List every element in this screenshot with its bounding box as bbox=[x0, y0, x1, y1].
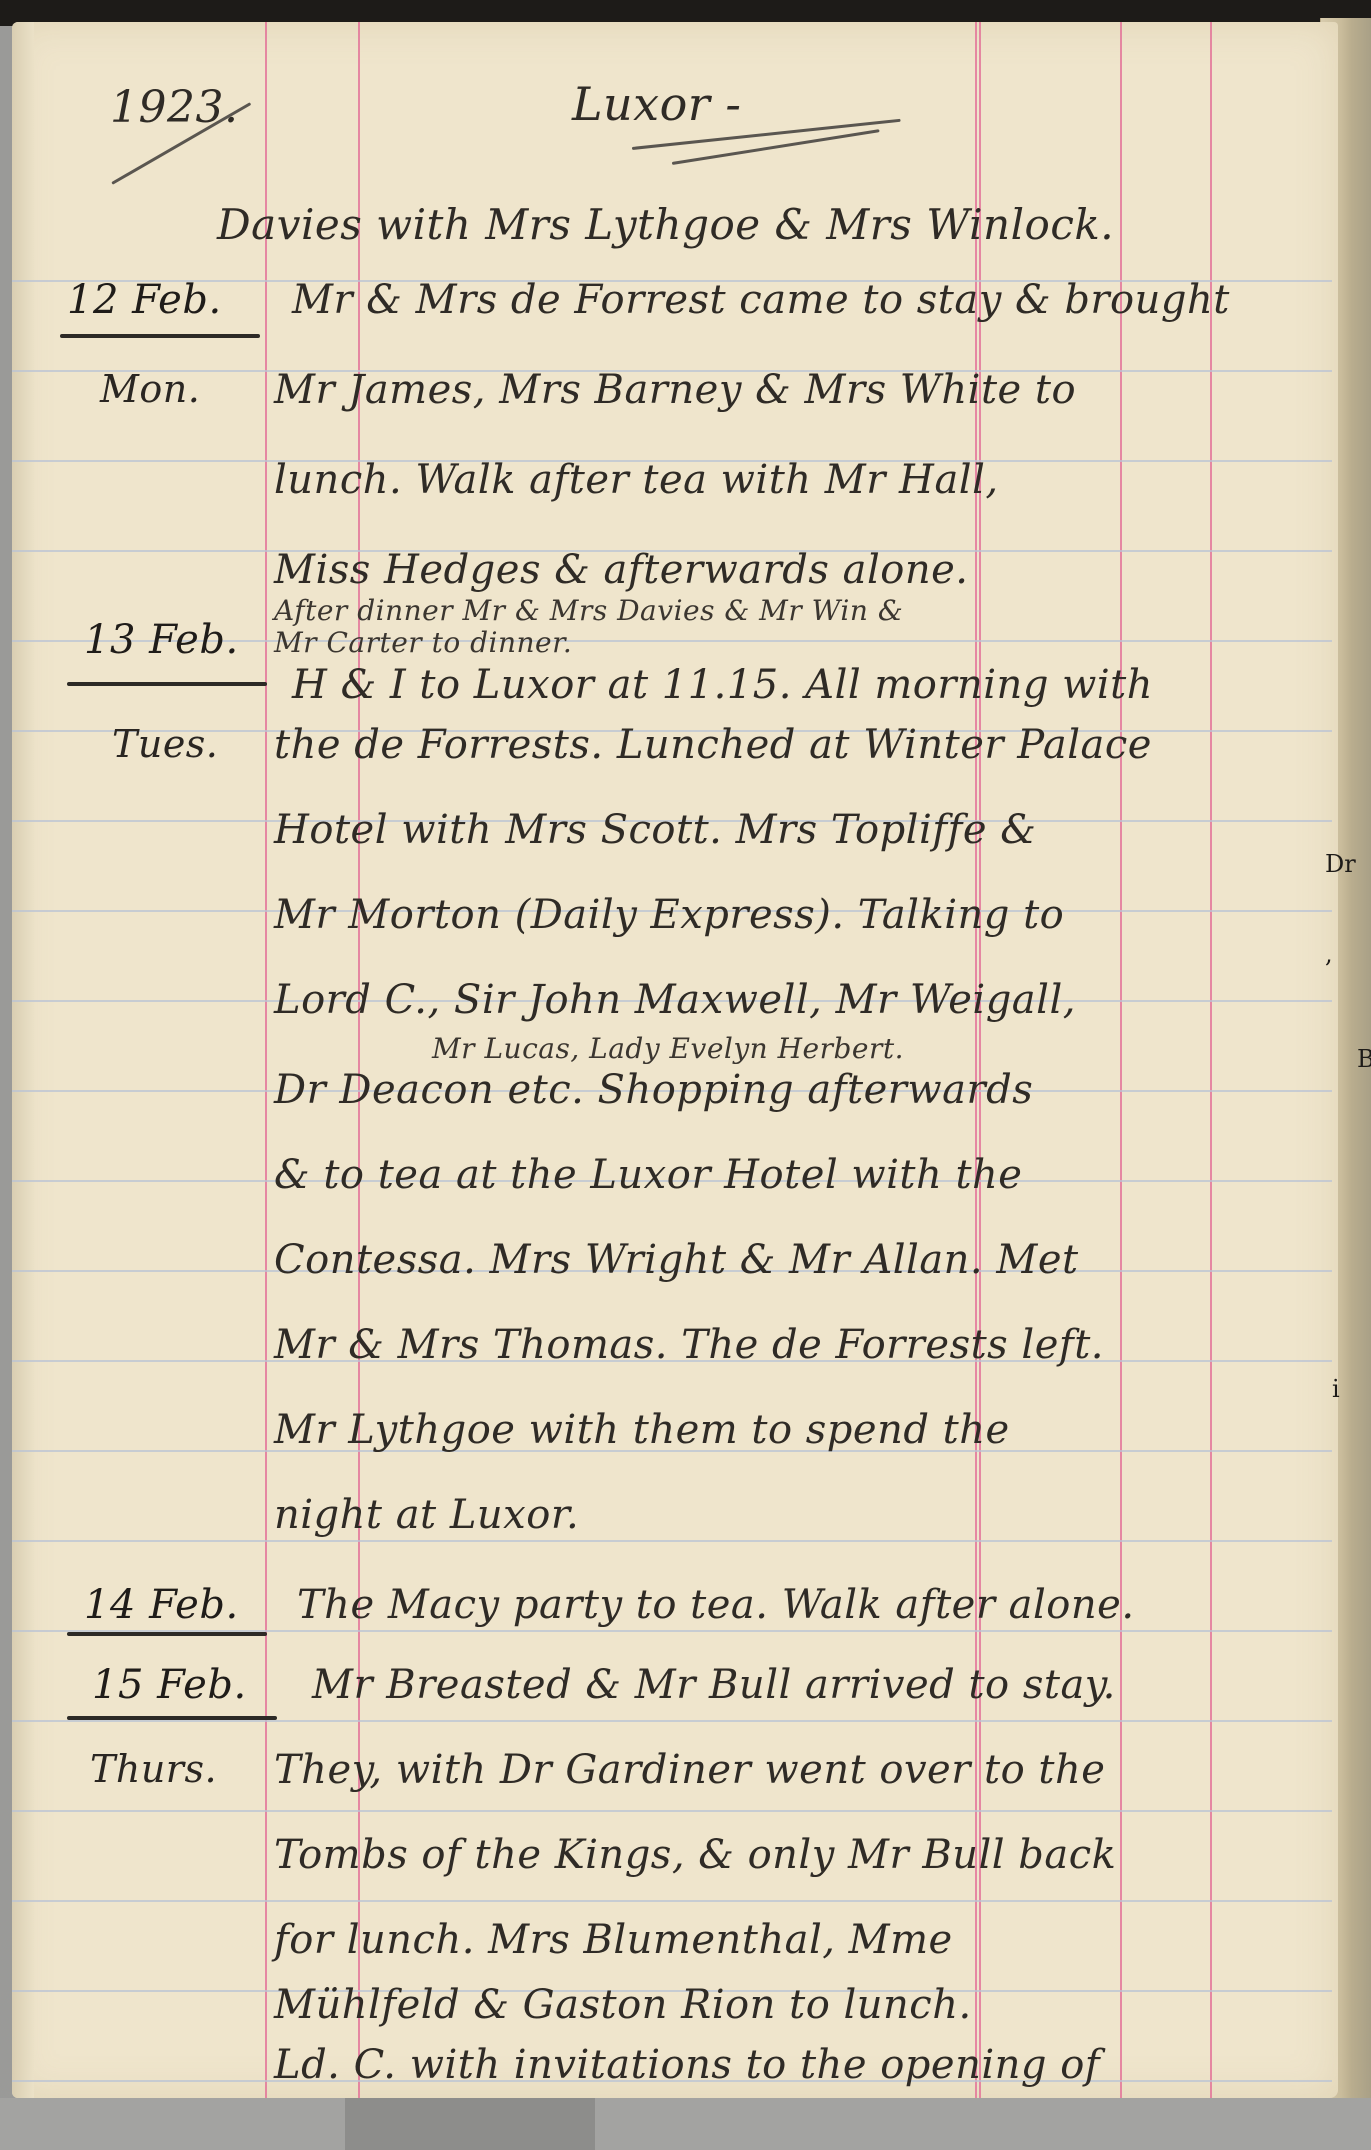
entry-line: the de Forrests. Lunched at Winter Palac… bbox=[274, 722, 1152, 768]
entry-date: 13 Feb. bbox=[84, 617, 239, 663]
underlying-page bbox=[345, 2098, 595, 2150]
ruled-line bbox=[12, 1900, 1332, 1902]
intro-line: Davies with Mrs Lythgoe & Mrs Winlock. bbox=[217, 200, 1114, 249]
column-rule bbox=[1120, 22, 1122, 2098]
entry-line: lunch. Walk after tea with Mr Hall, bbox=[274, 457, 999, 503]
entry-line: night at Luxor. bbox=[274, 1492, 579, 1538]
entry-date: 15 Feb. bbox=[92, 1662, 247, 1708]
entry-line: Mühlfeld & Gaston Rion to lunch. bbox=[274, 1982, 972, 2028]
margin-rule bbox=[265, 22, 267, 2098]
entry-line: Dr Deacon etc. Shopping afterwards bbox=[274, 1067, 1033, 1113]
diary-page: 1923. Luxor - Davies with Mrs Lythgoe & … bbox=[12, 22, 1338, 2098]
edge-mark: Dr bbox=[1325, 850, 1356, 878]
entry-line: Lord C., Sir John Maxwell, Mr Weigall, bbox=[274, 977, 1076, 1023]
entry-line: Mr & Mrs Thomas. The de Forrests left. bbox=[274, 1322, 1104, 1368]
entry-line: Tombs of the Kings, & only Mr Bull back bbox=[274, 1832, 1116, 1878]
column-rule bbox=[1210, 22, 1212, 2098]
entry-line: After dinner Mr & Mrs Davies & Mr Win & bbox=[274, 594, 903, 627]
entry-line: Ld. C. with invitations to the opening o… bbox=[274, 2042, 1100, 2088]
date-underline bbox=[67, 1716, 277, 1720]
date-underline bbox=[60, 334, 260, 338]
page-binding bbox=[12, 22, 34, 2098]
entry-date: 14 Feb. bbox=[84, 1582, 239, 1628]
ruled-line bbox=[12, 1720, 1332, 1722]
entry-day: Mon. bbox=[100, 367, 200, 411]
entry-line: Mr Morton (Daily Express). Talking to bbox=[274, 892, 1064, 938]
entry-line: H & I to Luxor at 11.15. All morning wit… bbox=[292, 662, 1153, 708]
date-underline bbox=[67, 682, 267, 686]
entry-day: Thurs. bbox=[90, 1747, 217, 1791]
edge-mark: i bbox=[1332, 1375, 1340, 1403]
ruled-line bbox=[12, 1810, 1332, 1812]
date-underline bbox=[67, 1632, 267, 1636]
edge-mark: B bbox=[1357, 1045, 1371, 1073]
entry-date: 12 Feb. bbox=[67, 277, 222, 323]
entry-line: Hotel with Mrs Scott. Mrs Topliffe & bbox=[274, 807, 1036, 853]
entry-line: Mr Lythgoe with them to spend the bbox=[274, 1407, 1010, 1453]
entry-line: Miss Hedges & afterwards alone. bbox=[274, 547, 968, 593]
edge-mark: , bbox=[1325, 940, 1333, 968]
entry-line: & to tea at the Luxor Hotel with the bbox=[274, 1152, 1022, 1198]
ruled-line bbox=[12, 1540, 1332, 1542]
entry-line: for lunch. Mrs Blumenthal, Mme bbox=[274, 1917, 953, 1963]
page-title: Luxor - bbox=[572, 77, 741, 131]
year-heading: 1923. bbox=[110, 82, 238, 133]
entry-line: Mr Carter to dinner. bbox=[274, 626, 572, 659]
entry-day: Tues. bbox=[112, 722, 218, 766]
entry-line: Contessa. Mrs Wright & Mr Allan. Met bbox=[274, 1237, 1079, 1283]
entry-line-insertion: Mr Lucas, Lady Evelyn Herbert. bbox=[432, 1032, 904, 1065]
entry-line: They, with Dr Gardiner went over to the bbox=[274, 1747, 1105, 1793]
entry-line: Mr Breasted & Mr Bull arrived to stay. bbox=[312, 1662, 1116, 1708]
entry-line: The Macy party to tea. Walk after alone. bbox=[297, 1582, 1135, 1628]
entry-line: Mr & Mrs de Forrest came to stay & broug… bbox=[292, 277, 1230, 323]
entry-line: Mr James, Mrs Barney & Mrs White to bbox=[274, 367, 1076, 413]
scanner-bed bbox=[0, 2098, 1371, 2150]
